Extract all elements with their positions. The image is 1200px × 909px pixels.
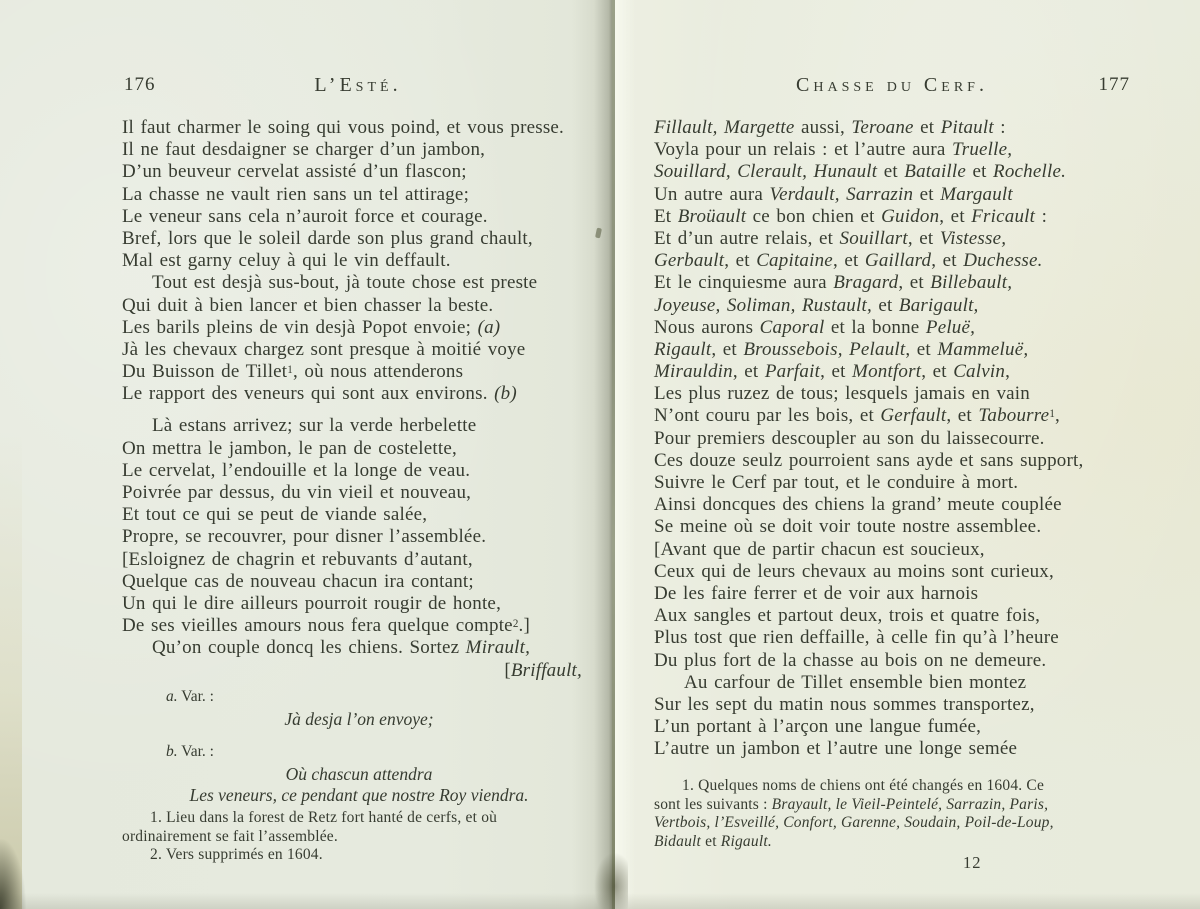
footnotes-right: 1. Quelques noms de chiens ont été chang… <box>654 777 1140 851</box>
poem-line: De ses vieilles amours nous fera quelque… <box>122 615 604 637</box>
poem-line: Au carfour de Tillet ensemble bien monte… <box>654 672 1140 694</box>
poem-line: Fillault, Margette aussi, Teroane et Pit… <box>654 117 1140 139</box>
poem-line: D’un beuveur cervelat assisté d’un flasc… <box>122 161 604 183</box>
poem-line: Voyla pour un relais : et l’autre aura T… <box>654 139 1140 161</box>
footnote-line: Vertbois, l’Esveillé, Confort, Garenne, … <box>654 814 1140 833</box>
variants-left: a. Var. :Jà desja l’on envoye;b. Var. :O… <box>122 688 596 819</box>
footnote-line: 1. Quelques noms de chiens ont été chang… <box>654 777 1140 796</box>
footnote-line: ordinairement se fait l’assemblée. <box>122 828 604 847</box>
poem-line: Et le cinquiesme aura Bragard, et Billeb… <box>654 272 1140 294</box>
poem-line: Se meine où se doit voir toute nostre as… <box>654 516 1140 538</box>
variant-line: Les veneurs, ce pendant que nostre Roy v… <box>122 785 596 806</box>
poem-line: Le veneur sans cela n’auroit force et co… <box>122 206 604 228</box>
poem-line: Là estans arrivez; sur la verde herbelet… <box>122 415 604 437</box>
poem-line: Mirauldin, et Parfait, et Montfort, et C… <box>654 361 1140 383</box>
poem-line: Pour premiers descoupler au son du laiss… <box>654 428 1140 450</box>
bottom-edge-shade <box>0 893 1200 909</box>
variant-block: a. Var. :Jà desja l’on envoye; <box>122 688 596 730</box>
poem-line: Sur les sept du matin nous sommes transp… <box>654 694 1140 716</box>
poem-line: Jà les chevaux chargez sont presque à mo… <box>122 339 604 361</box>
poem-left: Il faut charmer le soing qui vous poind,… <box>122 117 604 682</box>
gutter-highlight <box>615 0 635 909</box>
poem-line: Plus tost que rien deffaille, à celle fi… <box>654 627 1140 649</box>
book-spread: 176 L’Esté. Il faut charmer le soing qui… <box>0 0 1200 909</box>
poem-line: Les plus ruzez de tous; lesquels jamais … <box>654 383 1140 405</box>
poem-line: Et tout ce qui se peut de viande salée, <box>122 504 604 526</box>
poem-line: Un qui le dire ailleurs pourroit rougir … <box>122 593 604 615</box>
poem-line: N’ont couru par les bois, et Gerfault, e… <box>654 405 1140 427</box>
poem-line: [Briffault, <box>122 660 604 682</box>
poem-line: Il faut charmer le soing qui vous poind,… <box>122 117 604 139</box>
poem-line: Quelque cas de nouveau chacun ira contan… <box>122 571 604 593</box>
poem-line: Ces douze seulz pourroient sans ayde et … <box>654 450 1140 472</box>
right-page: Chasse du Cerf. 177 Fillault, Margette a… <box>615 0 1200 909</box>
poem-line: L’un portant à l’arçon une langue fumée, <box>654 716 1140 738</box>
variant-label: b. Var. : <box>166 743 596 761</box>
left-page: 176 L’Esté. Il faut charmer le soing qui… <box>0 0 612 909</box>
poem-line: Suivre le Cerf par tout, et le conduire … <box>654 472 1140 494</box>
left-page-header: 176 L’Esté. <box>122 74 594 102</box>
poem-line: Aux sangles et partout deux, trois et qu… <box>654 605 1140 627</box>
variant-label: a. Var. : <box>166 688 596 706</box>
poem-line: Mal est garny celuy à qui le vin deffaul… <box>122 250 604 272</box>
footnote-line: Bidault et Rigault. <box>654 833 1140 852</box>
footnotes-left: 1. Lieu dans la forest de Retz fort hant… <box>122 809 604 865</box>
variant-line: Où chascun attendra <box>122 764 596 785</box>
poem-line: De les faire ferrer et de voir aux harno… <box>654 583 1140 605</box>
poem-line: Bref, lors que le soleil darde son plus … <box>122 228 604 250</box>
poem-line: [Esloignez de chagrin et rebuvants d’aut… <box>122 549 604 571</box>
poem-line: Les barils pleins de vin desjà Popot env… <box>122 317 604 339</box>
poem-line: Du Buisson de Tillet1, où nous attendero… <box>122 361 604 383</box>
poem-line: Tout est desjà sus-bout, jà toute chose … <box>122 272 604 294</box>
poem-line: On mettra le jambon, le pan de costelett… <box>122 438 604 460</box>
poem-right: Fillault, Margette aussi, Teroane et Pit… <box>654 117 1140 760</box>
poem-line: Souillard, Clerault, Hunault et Bataille… <box>654 161 1140 183</box>
poem-line: Qu’on couple doncq les chiens. Sortez Mi… <box>122 637 604 659</box>
running-title-left: L’Esté. <box>122 74 594 97</box>
poem-line: Rigault, et Broussebois, Pelault, et Mam… <box>654 339 1140 361</box>
poem-line: Qui duit à bien lancer et bien chasser l… <box>122 295 604 317</box>
poem-line: Et Broüault ce bon chien et Guidon, et F… <box>654 206 1140 228</box>
poem-line: Il ne faut desdaigner se charger d’un ja… <box>122 139 604 161</box>
signature-mark: 12 <box>963 853 982 873</box>
running-title-right: Chasse du Cerf. <box>654 74 1130 97</box>
poem-line: Un autre aura Verdault, Sarrazin et Marg… <box>654 184 1140 206</box>
poem-line: L’autre un jambon et l’autre une longe s… <box>654 738 1140 760</box>
poem-line: Ceux qui de leurs chevaux au moins sont … <box>654 561 1140 583</box>
poem-line: Du plus fort de la chasse au bois on ne … <box>654 650 1140 672</box>
footnote-line: 1. Lieu dans la forest de Retz fort hant… <box>122 809 604 828</box>
right-page-header: Chasse du Cerf. 177 <box>654 74 1130 102</box>
poem-line: Et d’un autre relais, et Souillart, et V… <box>654 228 1140 250</box>
poem-line: Nous aurons Caporal et la bonne Peluë, <box>654 317 1140 339</box>
footnote-line: sont les suivants : Brayault, le Vieil-P… <box>654 796 1140 815</box>
left-edge-stain <box>0 430 22 909</box>
footnote-line: 2. Vers supprimés en 1604. <box>122 846 604 865</box>
gutter-shadow <box>572 0 612 909</box>
poem-line: [Avant que de partir chacun est soucieux… <box>654 539 1140 561</box>
poem-line: La chasse ne vault rien sans un tel atti… <box>122 184 604 206</box>
poem-line: Gerbault, et Capitaine, et Gaillard, et … <box>654 250 1140 272</box>
poem-line: Joyeuse, Soliman, Rustault, et Barigault… <box>654 295 1140 317</box>
poem-line: Ainsi doncques des chiens la grand’ meut… <box>654 494 1140 516</box>
poem-line: Le cervelat, l’endouille et la longe de … <box>122 460 604 482</box>
poem-line: Le rapport des veneurs qui sont aux envi… <box>122 383 604 405</box>
variant-block: b. Var. :Où chascun attendraLes veneurs,… <box>122 743 596 806</box>
poem-line: Propre, se recouvrer, pour disner l’asse… <box>122 526 604 548</box>
poem-line: Poivrée par dessus, du vin vieil et nouv… <box>122 482 604 504</box>
page-number-right: 177 <box>1099 74 1131 96</box>
variant-line: Jà desja l’on envoye; <box>122 709 596 730</box>
